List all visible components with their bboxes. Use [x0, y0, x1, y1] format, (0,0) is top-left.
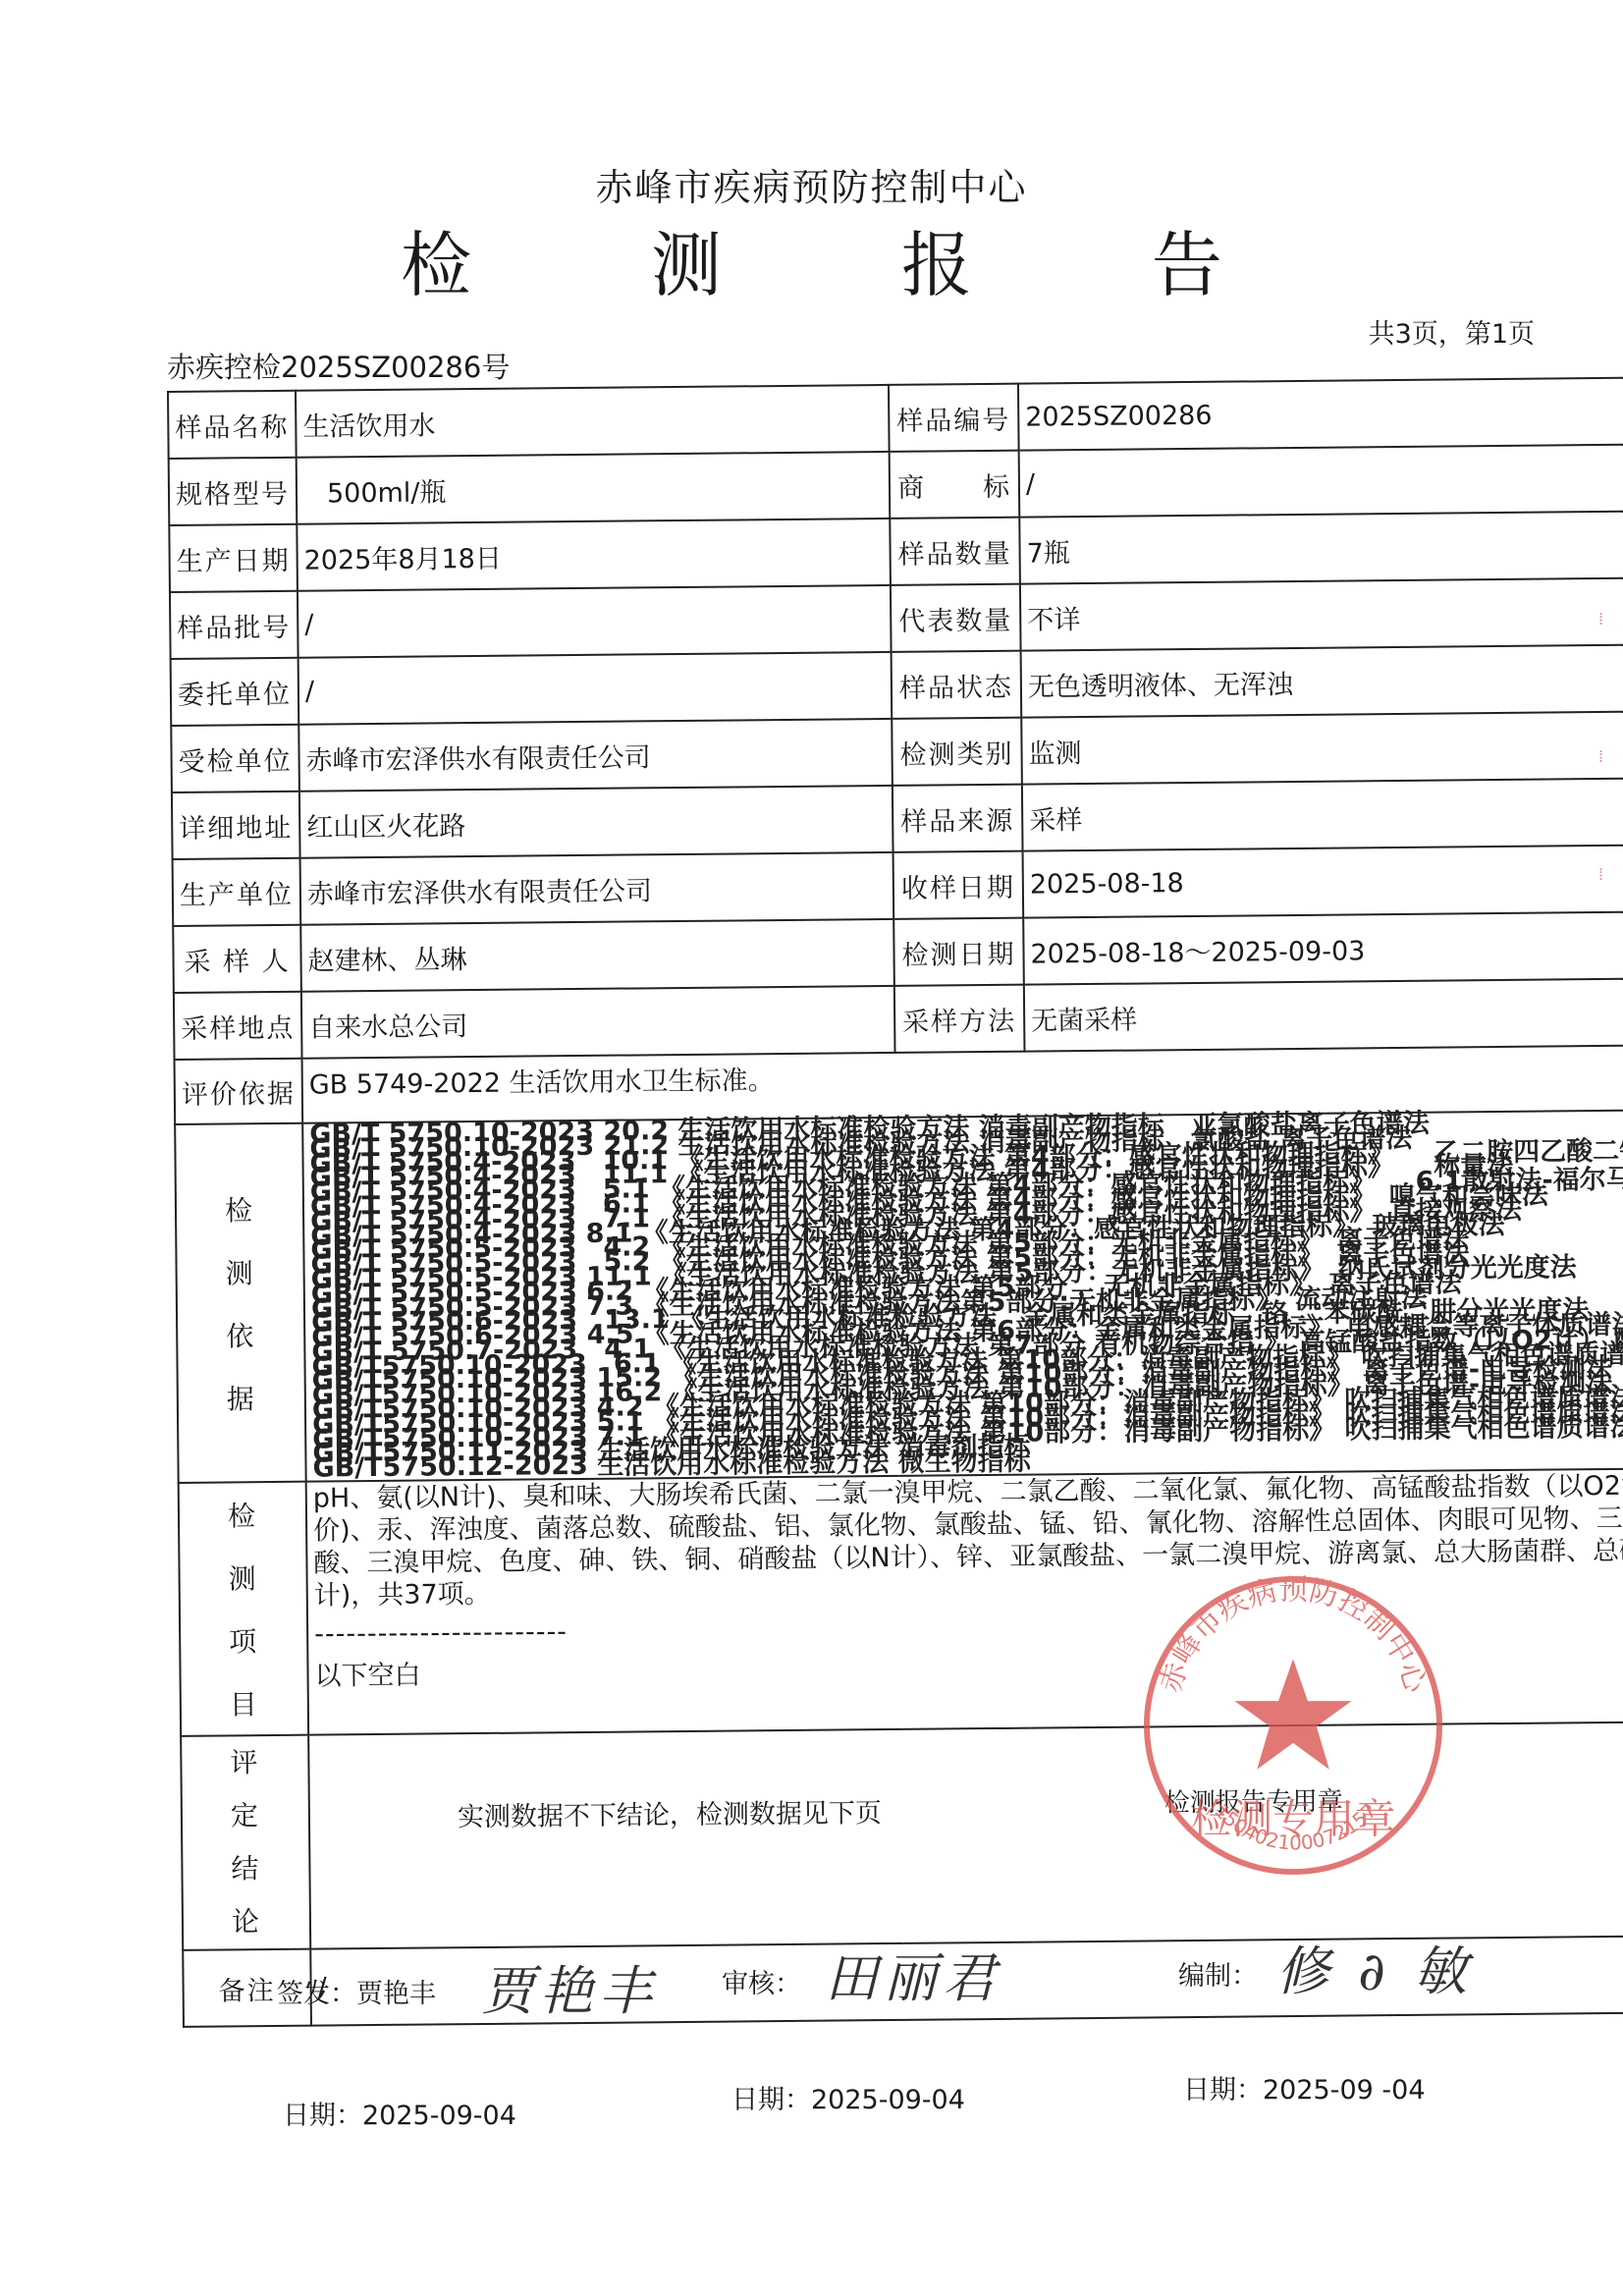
conclusion-label-char: 评 — [230, 1748, 259, 1777]
brand-value: / — [1019, 443, 1623, 518]
sample-no-value: 2025SZ00286 — [1018, 376, 1623, 451]
methods-label-char: 据 — [227, 1378, 256, 1417]
field-label: 样品编号 — [889, 384, 1019, 452]
spec-value: 500ml/瓶 — [297, 452, 891, 524]
editor-date: 日期：2025-09 -04 — [1183, 2068, 1426, 2106]
divider-dashes: ------------------------ — [314, 1604, 1623, 1651]
issuer-date: 日期：2025-09-04 — [283, 2094, 516, 2132]
page-indicator: 共3页，第1页 — [1369, 312, 1535, 351]
test-items: pH、氨(以N计)、臭和味、大肠埃希氏菌、二氯一溴甲烷、二氯乙酸、二氧化氯、氟化… — [306, 1466, 1623, 1734]
field-label: 生产日期 — [169, 524, 298, 592]
field-label: 详细地址 — [172, 792, 300, 859]
org-name: 赤峰市疾病预防控制中心 — [0, 157, 1623, 211]
field-label: 检测日期 — [893, 918, 1024, 986]
issuer-label: 签发：贾艳丰 — [277, 1972, 436, 2010]
sample-state-value: 无色透明液体、无浑浊 — [1021, 643, 1623, 718]
sample-site-value: 自来水总公司 — [301, 986, 895, 1059]
conclusion-text: 实测数据不下结论，检测数据见下页 — [458, 1791, 882, 1833]
items-label: 检测项目 — [179, 1482, 308, 1736]
sampler-value: 赵建林、丛琳 — [300, 919, 894, 992]
items-label-char: 目 — [230, 1683, 259, 1722]
rep-qty-value: 不详 — [1020, 576, 1623, 651]
reviewer-date: 日期：2025-09-04 — [731, 2078, 965, 2116]
report-info-table: 样品名称 生活饮用水 样品编号 2025SZ00286 规格型号 500ml/瓶… — [167, 375, 1623, 2028]
reviewer-label: 审核： — [722, 1962, 801, 2000]
field-label: 样品状态 — [892, 651, 1022, 719]
items-label-char: 测 — [228, 1558, 257, 1597]
client-value: / — [298, 652, 893, 725]
methods-label-char: 依 — [226, 1315, 255, 1354]
field-label: 生产单位 — [173, 858, 301, 926]
sample-source-value: 采样 — [1022, 777, 1623, 851]
field-label: 采样方法 — [894, 985, 1025, 1053]
methods-row: 检测依据 GB/T 5750.10-2023 20.2 生活饮用水标准检验方法 … — [175, 1109, 1623, 1483]
methods-label-char: 测 — [225, 1252, 254, 1291]
field-label: 代表数量 — [891, 584, 1021, 652]
field-label: 采 样 人 — [173, 925, 301, 993]
editor-label: 编制： — [1178, 1954, 1258, 1993]
issuer-signature: 贾艳丰 — [481, 1949, 658, 2025]
batch-no-value: / — [298, 585, 892, 658]
field-label: 收样日期 — [893, 851, 1024, 919]
inspected-unit-value: 赤峰市宏泽供水有限责任公司 — [298, 719, 893, 792]
field-label: 规格型号 — [169, 458, 298, 525]
seam-stamp-mark: ⁞ — [1598, 609, 1603, 629]
field-label: 样品数量 — [890, 518, 1020, 585]
issuer-name: 贾艳丰 — [356, 1979, 436, 2009]
seam-stamp-mark: ⁞ — [1598, 746, 1603, 767]
methods-label-char: 检 — [225, 1189, 254, 1229]
field-label: 样品名称 — [168, 391, 297, 459]
issuer-label-text: 签发： — [277, 1979, 356, 2009]
blank-note: 以下空白 — [314, 1646, 1623, 1693]
test-type-value: 监测 — [1021, 710, 1623, 785]
methods-label: 检测依据 — [175, 1123, 305, 1483]
sample-method-value: 无菌采样 — [1024, 977, 1623, 1052]
test-date-value: 2025-08-18～2025-09-03 — [1023, 910, 1623, 985]
seam-stamp-mark: ⁞ — [1598, 864, 1603, 885]
items-row: 检测项目 pH、氨(以N计)、臭和味、大肠埃希氏菌、二氯一溴甲烷、二氯乙酸、二氧… — [179, 1466, 1623, 1735]
conclusion-label-char: 定 — [231, 1801, 260, 1831]
field-label: 样品批号 — [170, 591, 298, 659]
field-label: 委托单位 — [171, 658, 299, 726]
methods-list: GB/T 5750.10-2023 20.2 生活饮用水标准检验方法 消毒副产物… — [302, 1109, 1623, 1482]
field-label: 受检单位 — [171, 725, 299, 793]
receive-date-value: 2025-08-18 — [1023, 844, 1623, 918]
conclusion-label: 评定结论 — [181, 1735, 310, 1950]
items-label-char: 检 — [228, 1495, 257, 1534]
producer-value: 赤峰市宏泽供水有限责任公司 — [300, 852, 894, 925]
conclusion-label-char: 结 — [231, 1854, 260, 1884]
test-items-text: pH、氨(以N计)、臭和味、大肠埃希氏菌、二氯一溴甲烷、二氯乙酸、二氧化氯、氟化… — [313, 1468, 1623, 1613]
stamp-caption: 检测报告专用章 — [1164, 1781, 1343, 1820]
field-label: 评价依据 — [175, 1059, 303, 1124]
sample-name-value: 生活饮用水 — [296, 385, 890, 458]
prod-date-value: 2025年8月18日 — [297, 519, 891, 591]
document-title: 检 测 报 告 — [0, 208, 1623, 310]
reviewer-signature: 田丽君 — [825, 1937, 1001, 2012]
field-label: 检测类别 — [892, 718, 1022, 786]
editor-signature: 修 ∂ 敏 — [1276, 1930, 1473, 2005]
conclusion-label-char: 论 — [232, 1907, 261, 1937]
field-label: 采样地点 — [174, 992, 302, 1060]
sample-qty-value: 7瓶 — [1019, 510, 1623, 584]
address-value: 红山区火花路 — [299, 786, 893, 858]
field-label: 样品来源 — [893, 785, 1023, 852]
report-page: 赤峰市疾病预防控制中心 检 测 报 告 共3页，第1页 赤疾控检2025SZ00… — [0, 0, 1623, 2296]
items-label-char: 项 — [229, 1620, 258, 1660]
conclusion-row: 评定结论 实测数据不下结论，检测数据见下页 检测报告专用章 — [181, 1720, 1623, 1949]
field-label: 商 标 — [890, 451, 1020, 519]
conclusion-cell: 实测数据不下结论，检测数据见下页 检测报告专用章 — [308, 1720, 1623, 1948]
report-number: 赤疾控检2025SZ00286号 — [167, 346, 510, 386]
